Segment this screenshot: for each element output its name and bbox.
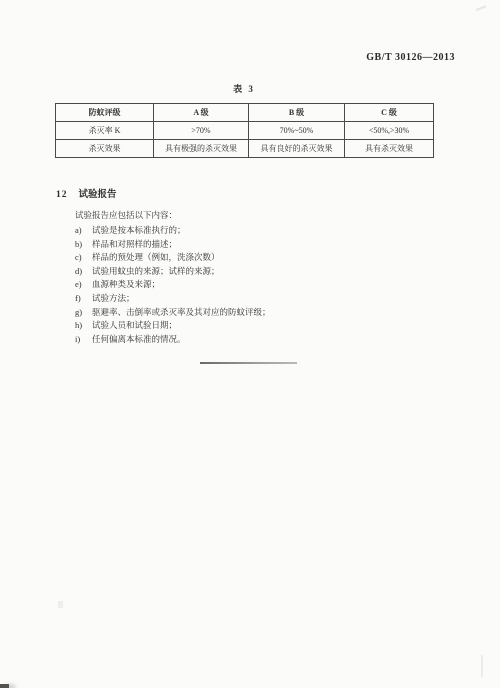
table-cell: 具有良好的杀灭效果 <box>249 140 345 158</box>
list-item-text: 试验人员和试验日期； <box>92 320 177 330</box>
table-cell: 杀灭效果 <box>56 140 154 158</box>
list-item: e)血源种类及来源； <box>75 278 455 292</box>
list-item: d)试验用蚊虫的来源；试样的来源； <box>75 265 455 279</box>
list-item-text: 驱避率、击倒率或杀灭率及其对应的防蚊评级； <box>92 307 271 317</box>
list-item-text: 样品和对照样的描述； <box>92 239 177 249</box>
list-item: f)试验方法； <box>75 292 455 306</box>
table-cell: 具有极强的杀灭效果 <box>154 140 249 158</box>
end-of-text-divider <box>200 362 297 364</box>
list-item-label: e) <box>75 278 92 292</box>
list-item-text: 试验用蚊虫的来源；试样的来源； <box>92 266 220 276</box>
section-title: 试验报告 <box>79 190 117 200</box>
list-item-label: c) <box>75 251 92 265</box>
table-header-cell: B 级 <box>249 104 345 122</box>
list-item-label: d) <box>75 265 92 279</box>
list-item-text: 试验方法； <box>92 293 135 303</box>
table-header-cell: 防蚊评级 <box>56 104 154 122</box>
scan-artifact-top-right <box>476 2 486 15</box>
table-header-cell: C 级 <box>345 104 434 122</box>
list-item: c)样品的预处理（例如，洗涤次数） <box>75 251 455 265</box>
table-row: 杀灭率 K >70% 70%~50% <50%,>30% <box>56 122 434 140</box>
list-item-label: i) <box>75 333 92 347</box>
list-item-text: 任何偏离本标准的情况。 <box>92 334 186 344</box>
scan-artifact-smudge <box>58 601 63 608</box>
table-cell: <50%,>30% <box>345 122 434 140</box>
table-caption: 表 3 <box>55 82 433 95</box>
table-row: 杀灭效果 具有极强的杀灭效果 具有良好的杀灭效果 具有杀灭效果 <box>56 140 434 158</box>
document-page: GB/T 30126—2013 表 3 防蚊评级 A 级 B 级 C 级 杀灭率… <box>0 0 500 688</box>
section-heading: 12试验报告 <box>56 186 117 200</box>
table-header-cell: A 级 <box>154 104 249 122</box>
list-item-label: b) <box>75 238 92 252</box>
list-item: a)试验是按本标准执行的； <box>75 224 455 238</box>
list-item-text: 样品的预处理（例如，洗涤次数） <box>92 252 220 262</box>
table-cell: >70% <box>154 122 249 140</box>
list-item: i)任何偏离本标准的情况。 <box>75 333 455 347</box>
list-item-label: h) <box>75 319 92 333</box>
table-cell: 杀灭率 K <box>56 122 154 140</box>
list-item-label: a) <box>75 224 92 238</box>
rating-table: 防蚊评级 A 级 B 级 C 级 杀灭率 K >70% 70%~50% <50%… <box>55 103 434 158</box>
list-item-label: g) <box>75 306 92 320</box>
report-item-list: a)试验是按本标准执行的； b)样品和对照样的描述； c)样品的预处理（例如，洗… <box>75 224 455 346</box>
list-item-label: f) <box>75 292 92 306</box>
list-item-text: 试验是按本标准执行的； <box>92 225 186 235</box>
list-item: g)驱避率、击倒率或杀灭率及其对应的防蚊评级； <box>75 306 455 320</box>
section-intro: 试验报告应包括以下内容： <box>75 209 177 221</box>
list-item: b)样品和对照样的描述； <box>75 238 455 252</box>
list-item: h)试验人员和试验日期； <box>75 319 455 333</box>
list-item-text: 血源种类及来源； <box>92 279 160 289</box>
table-cell: 具有杀灭效果 <box>345 140 434 158</box>
scan-artifact-right-edge <box>481 655 483 677</box>
section-number: 12 <box>56 190 68 200</box>
table-cell: 70%~50% <box>249 122 345 140</box>
table-header-row: 防蚊评级 A 级 B 级 C 级 <box>56 104 434 122</box>
standard-number: GB/T 30126—2013 <box>366 52 455 63</box>
scan-artifact-bottom-left <box>0 684 9 688</box>
